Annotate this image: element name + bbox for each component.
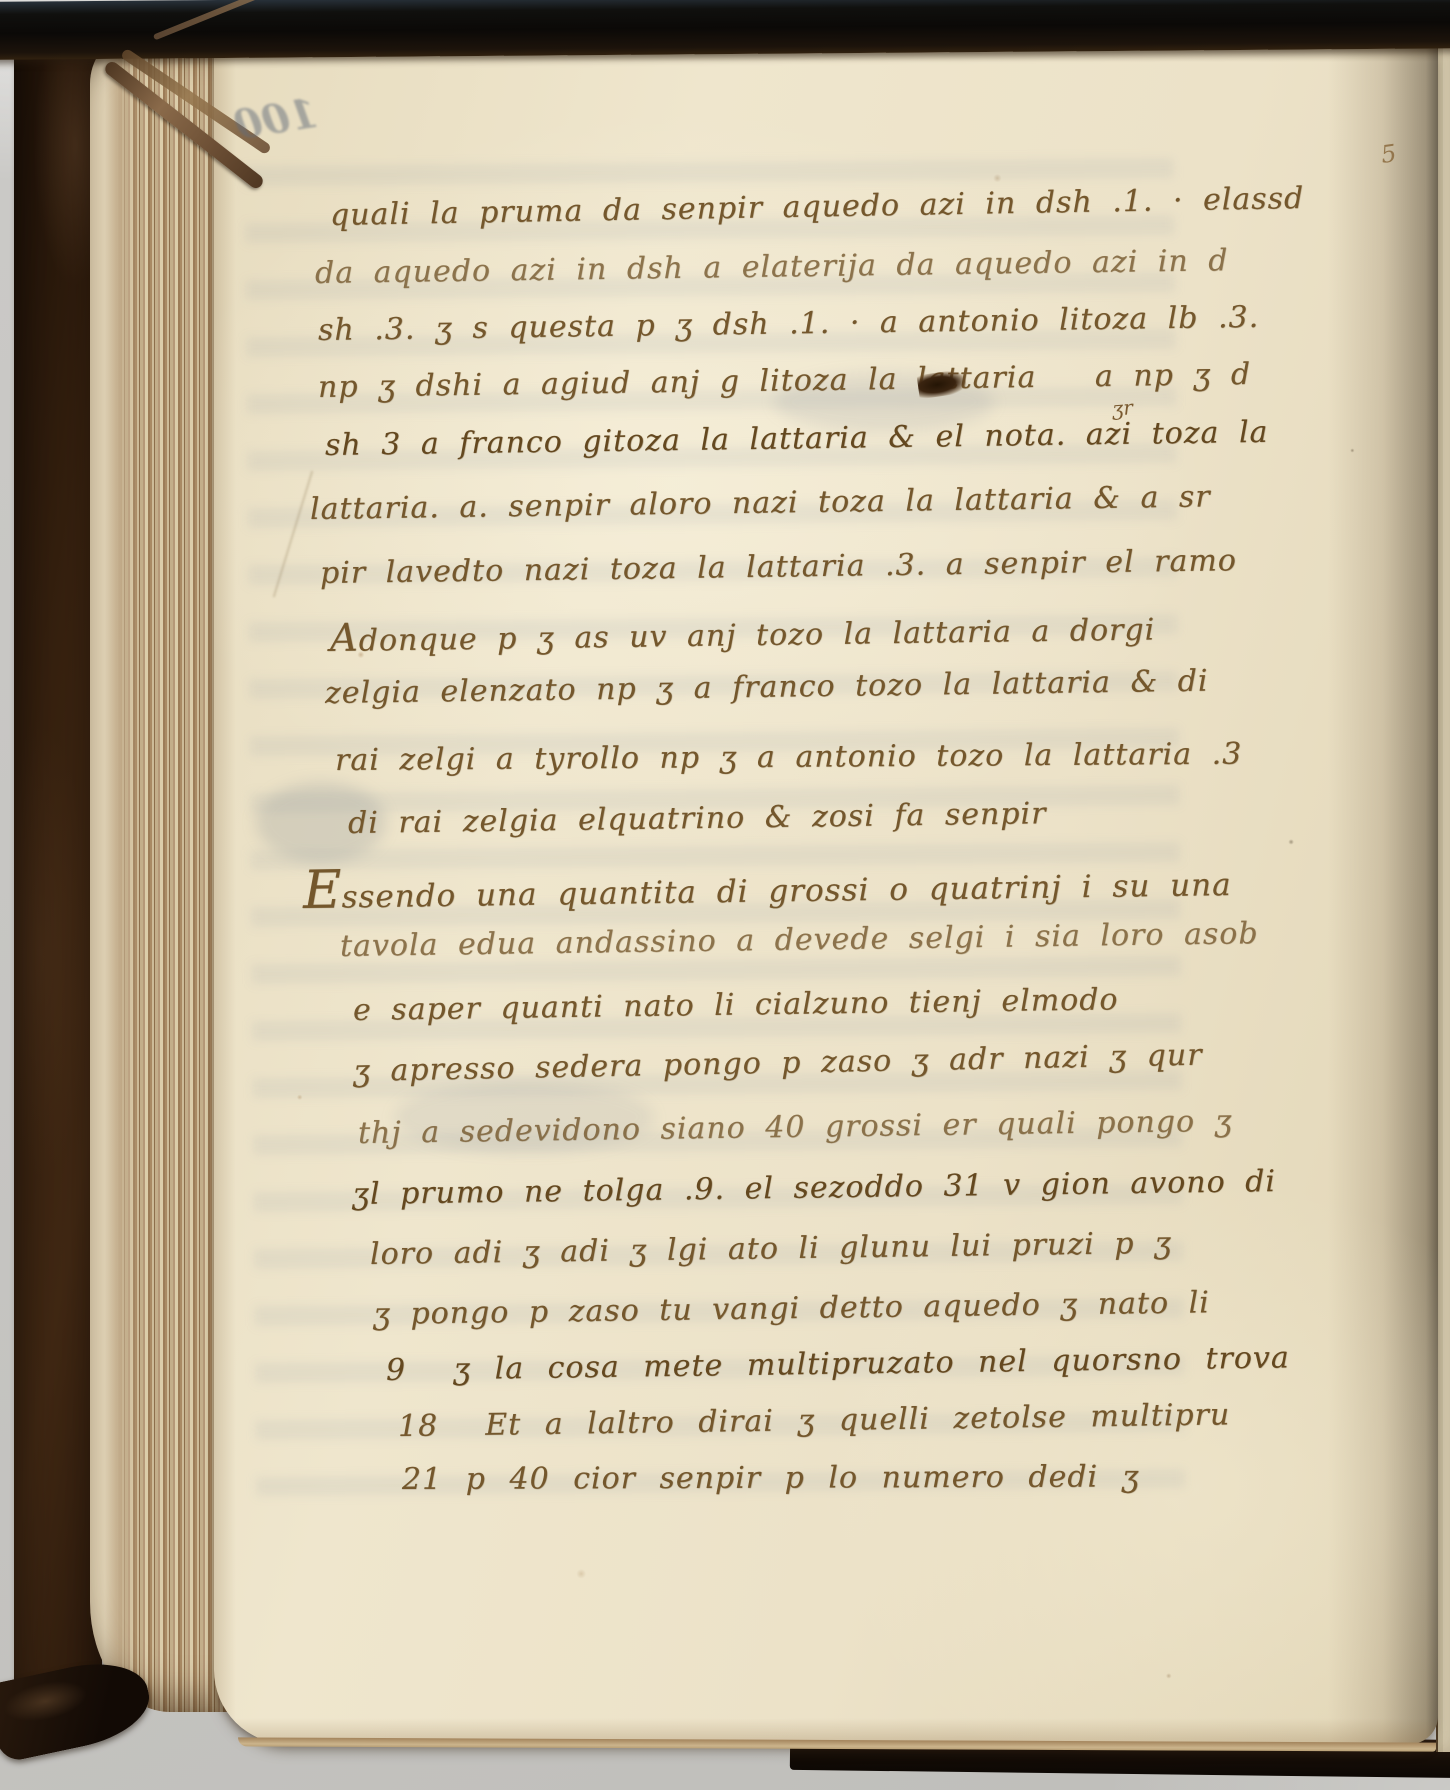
interlinear-correction: ʒr [1111,395,1133,420]
handwritten-line: loro adi ʒ adi ʒ lgi ato li glunu lui pr… [370,1226,1172,1272]
handwritten-line: Adonque p ʒ as uv anj tozo la lattaria a… [330,604,1156,661]
handwritten-line: tavola edua andassino a devede selgi i s… [340,916,1259,964]
handwritten-line: 21 p 40 cior senpir p lo numero dedi ʒ [402,1459,1140,1497]
handwritten-line: sh 3 a franco gitoza la lattaria & el no… [325,415,1269,463]
folio-number: 5 [1379,139,1398,169]
handwritten-line: quali la pruma da senpir aquedo azi in d… [330,181,1305,233]
handwritten-line: da aquedo azi in dsh a elaterija da aque… [315,243,1229,291]
handwritten-line: rai zelgi a tyrollo np ʒ a antonio tozo … [335,737,1242,778]
handwritten-line: pir lavedto nazi toza la lattaria .3. a … [320,543,1237,591]
handwriting-layer: 100 5 quali la pruma da senpir aquedo az… [0,0,1450,1790]
handwritten-line: di rai zelgia elquatrino & zosi fa senpi… [348,796,1047,841]
handwritten-line: sh .3. ʒ s questa p ʒ dsh .1. · a antoni… [318,300,1260,348]
handwritten-line: ʒl prumo ne tolga .9. el sezoddo 31 v gi… [352,1164,1276,1212]
handwritten-line: e saper quanti nato li cialzuno tienj el… [353,982,1119,1028]
bleedthrough-numeral: 100 [231,90,321,149]
paper-crease [273,471,314,598]
handwritten-line: 9 ʒ la cosa mete multipruzato nel quorsn… [386,1340,1290,1388]
handwritten-line: Essendo una quantita di grossi o quatrin… [303,847,1232,921]
handwritten-line: ʒ apresso sedera pongo p zaso ʒ adr nazi… [353,1038,1203,1089]
handwritten-line: lattaria. a. senpir aloro nazi toza la l… [310,479,1211,527]
handwritten-line: zelgia elenzato np ʒ a franco tozo la la… [325,664,1209,711]
handwritten-line: ʒ pongo p zaso tu vangi detto aquedo ʒ n… [373,1285,1210,1332]
handwritten-line: 18 Et a laltro dirai ʒ quelli zetolse mu… [398,1397,1231,1444]
handwritten-line: thj a sedevidono siano 40 grossi er qual… [358,1104,1233,1151]
